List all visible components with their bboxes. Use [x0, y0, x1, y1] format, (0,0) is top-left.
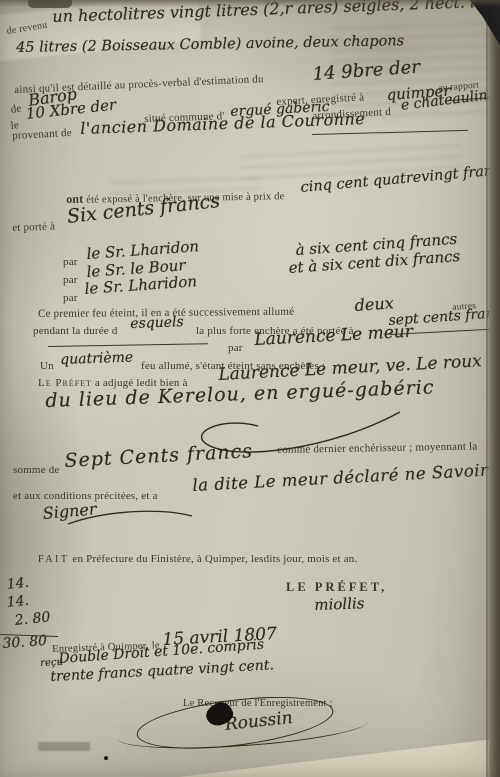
hw-esquels: esquels: [130, 314, 184, 332]
margin-amount-total: 30. 80: [2, 633, 48, 652]
printed-fait: Fait en Préfecture du Finistère, à Quimp…: [38, 553, 357, 565]
printed-par-3: par: [63, 292, 78, 304]
hw-quatrieme: quatrième: [60, 349, 133, 368]
hw-deux: deux: [354, 293, 394, 315]
scanned-document-photo: de revenu un hectolitres vingt litres (2…: [0, 0, 500, 777]
printed-pendant-duree: pendant la durée d: [33, 325, 118, 337]
faint-stamp-mark: [38, 742, 90, 751]
printed-un: Un: [40, 360, 54, 372]
printed-par-1: par: [63, 256, 78, 268]
printed-par-2: par: [63, 274, 78, 286]
printed-et-porte-a: et porté à: [12, 221, 55, 234]
top-edge-shadow: [0, 0, 500, 7]
ink-dot: [104, 756, 108, 760]
top-edge-mark: [28, 0, 72, 8]
printed-de: de: [10, 102, 22, 115]
margin-amount-2: 14.: [6, 593, 30, 611]
hw-signature-miollis: miollis: [314, 594, 365, 614]
printed-fait-rest: en Préfecture du Finistère, à Quimper, l…: [69, 553, 357, 565]
page-edge-shadow: [486, 0, 500, 777]
pen-swash: [66, 508, 196, 530]
margin-amount-1: 14.: [6, 575, 30, 593]
printed-somme-de: somme de: [13, 464, 60, 476]
printed-par-laurence: par: [228, 342, 243, 354]
printed-le-prefet-heading: Le Préfet,: [286, 580, 387, 595]
printed-le-prefet-sc: Le Préfet: [38, 377, 92, 389]
printed-fait-word: Fait: [38, 554, 69, 565]
